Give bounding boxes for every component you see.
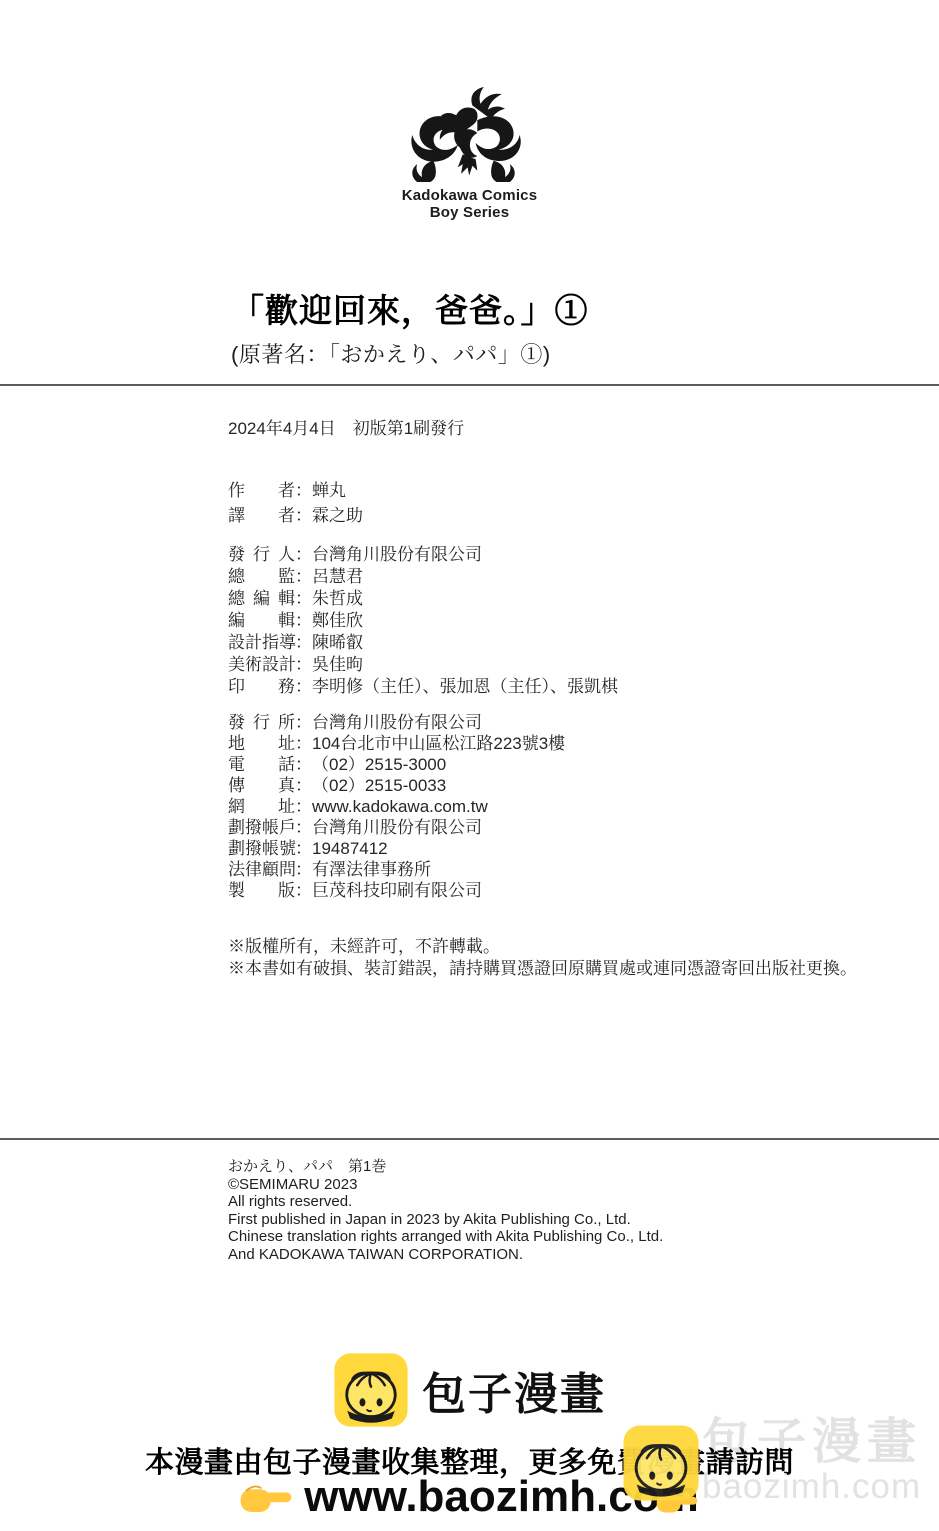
- notice-line: ※版權所有，未經許可，不許轉載。: [228, 936, 857, 958]
- credit-colon: ：: [295, 817, 312, 838]
- credit-value: 霖之助: [312, 503, 363, 528]
- rights-notices: ※版權所有，未經許可，不許轉載。 ※本書如有破損、裝訂錯誤，請持購買憑證回原購買…: [228, 936, 857, 979]
- copyright-line: First published in Japan in 2023 by Akit…: [228, 1211, 663, 1229]
- credit-colon: ：: [295, 775, 312, 796]
- credit-value: （02）2515-0033: [312, 775, 446, 796]
- credits-section: 作者：蝉丸 譯者：霖之助 發行人：台灣角川股份有限公司 總監：呂慧君 總編輯：朱…: [228, 478, 618, 901]
- copyright-line: おかえり、パパ 第1巻: [228, 1158, 663, 1176]
- credit-colon: ：: [295, 610, 312, 632]
- copyright-line: All rights reserved.: [228, 1193, 663, 1211]
- credit-value: 鄭佳欣: [312, 610, 363, 632]
- credit-row: 總監：呂慧君: [228, 566, 618, 588]
- credit-label: 設計指導: [228, 632, 295, 654]
- credit-value: 台灣角川股份有限公司: [312, 817, 482, 838]
- credit-value: 巨茂科技印刷有限公司: [312, 880, 482, 901]
- credit-label: 發行所: [228, 712, 295, 733]
- divider-bottom: [0, 1138, 939, 1140]
- colophon-page: Kadokawa Comics Boy Series 「歡迎回來，爸爸。」① (…: [0, 0, 939, 1531]
- divider-top: [0, 384, 939, 386]
- credit-row: 發行人：台灣角川股份有限公司: [228, 544, 618, 566]
- credit-row: 劃撥帳號：19487412: [228, 838, 618, 859]
- credit-row: 美術設計：吳佳昫: [228, 654, 618, 676]
- credit-value: 吳佳昫: [312, 654, 363, 676]
- copyright-line: And KADOKAWA TAIWAN CORPORATION.: [228, 1246, 663, 1264]
- credit-colon: ：: [295, 654, 312, 676]
- credit-colon: ：: [295, 478, 312, 503]
- credit-label: 總監: [228, 566, 295, 588]
- publisher-mark: Kadokawa Comics Boy Series: [0, 86, 939, 221]
- credit-value: 104台北市中山區松江路223號3樓: [312, 733, 565, 754]
- credit-colon: ：: [295, 754, 312, 775]
- credit-label: 譯者: [228, 503, 295, 528]
- credit-row: 法律顧問：有澤法律事務所: [228, 859, 618, 880]
- credit-row: 製版：巨茂科技印刷有限公司: [228, 880, 618, 901]
- credit-colon: ：: [295, 676, 312, 698]
- original-title: (原著名：「おかえり、パパ」①): [231, 338, 589, 369]
- credit-colon: ：: [295, 632, 312, 654]
- copyright-line: Chinese translation rights arranged with…: [228, 1228, 663, 1246]
- copyright-block: おかえり、パパ 第1巻 ©SEMIMARU 2023 All rights re…: [228, 1158, 663, 1264]
- credit-group-staff: 發行人：台灣角川股份有限公司 總監：呂慧君 總編輯：朱哲成 編輯：鄭佳欣 設計指…: [228, 544, 618, 698]
- credit-row: 作者：蝉丸: [228, 478, 618, 503]
- credit-label: 美術設計: [228, 654, 295, 676]
- credit-colon: ：: [295, 838, 312, 859]
- credit-colon: ：: [295, 588, 312, 610]
- edition-date: 2024年4月4日 初版第1刷發行: [228, 414, 464, 439]
- credit-colon: ：: [295, 733, 312, 754]
- credit-label: 電話: [228, 754, 295, 775]
- credit-label: 作者: [228, 478, 295, 503]
- copyright-line: ©SEMIMARU 2023: [228, 1176, 663, 1194]
- phoenix-logo-icon: [409, 86, 531, 182]
- credit-colon: ：: [295, 880, 312, 901]
- book-title: 「歡迎回來，爸爸。」①: [231, 290, 589, 332]
- credit-colon: ：: [295, 796, 312, 817]
- credit-row: 總編輯：朱哲成: [228, 588, 618, 610]
- credit-group-author: 作者：蝉丸 譯者：霖之助: [228, 478, 618, 528]
- credit-value: 陳晞叡: [312, 632, 363, 654]
- credit-value: 呂慧君: [312, 566, 363, 588]
- credit-colon: ：: [295, 503, 312, 528]
- credit-value: 19487412: [312, 838, 388, 859]
- credit-colon: ：: [295, 566, 312, 588]
- credit-value: 蝉丸: [312, 478, 346, 503]
- credit-label: 地址: [228, 733, 295, 754]
- credit-label: 劃撥帳戶: [228, 817, 295, 838]
- site-url-row: www.baozimh.com: [0, 1472, 939, 1522]
- series-name-line2: Boy Series: [0, 204, 939, 221]
- credit-colon: ：: [295, 712, 312, 733]
- series-name-line1: Kadokawa Comics: [0, 187, 939, 204]
- credit-value: 李明修（主任）、張加恩（主任）、張凱棋: [312, 676, 618, 698]
- credit-value: 有澤法律事務所: [312, 859, 431, 880]
- credit-label: 劃撥帳號: [228, 838, 295, 859]
- credit-row: 劃撥帳戶：台灣角川股份有限公司: [228, 817, 618, 838]
- credit-label: 網址: [228, 796, 295, 817]
- credit-label: 製版: [228, 880, 295, 901]
- credit-row: 發行所：台灣角川股份有限公司: [228, 712, 618, 733]
- credit-value: 台灣角川股份有限公司: [312, 712, 482, 733]
- credit-label: 總編輯: [228, 588, 295, 610]
- credit-row: 印務：李明修（主任）、張加恩（主任）、張凱棋: [228, 676, 618, 698]
- credit-row: 傳真：（02）2515-0033: [228, 775, 618, 796]
- credit-colon: ：: [295, 544, 312, 566]
- credit-label: 傳真: [228, 775, 295, 796]
- brand-name: 包子漫畫: [422, 1358, 606, 1422]
- credit-row: 編輯：鄭佳欣: [228, 610, 618, 632]
- bao-logo-overlay-icon: [622, 1424, 700, 1502]
- credit-label: 法律顧問: [228, 859, 295, 880]
- credit-value: 朱哲成: [312, 588, 363, 610]
- credit-row: 電話：（02）2515-3000: [228, 754, 618, 775]
- credit-group-publisher: 發行所：台灣角川股份有限公司 地址：104台北市中山區松江路223號3樓 電話：…: [228, 712, 618, 901]
- notice-line: ※本書如有破損、裝訂錯誤，請持購買憑證回原購買處或連同憑證寄回出版社更換。: [228, 958, 857, 980]
- credit-row: 網址：www.kadokawa.com.tw: [228, 796, 618, 817]
- credit-label: 印務: [228, 676, 295, 698]
- credit-value: www.kadokawa.com.tw: [312, 796, 488, 817]
- title-block: 「歡迎回來，爸爸。」① (原著名：「おかえり、パパ」①): [231, 290, 589, 369]
- credit-label: 編輯: [228, 610, 295, 632]
- credit-colon: ：: [295, 859, 312, 880]
- credit-row: 地址：104台北市中山區松江路223號3樓: [228, 733, 618, 754]
- pointing-finger-icon: [240, 1480, 292, 1514]
- bao-logo-icon: [333, 1352, 409, 1428]
- credit-value: （02）2515-3000: [312, 754, 446, 775]
- credit-value: 台灣角川股份有限公司: [312, 544, 482, 566]
- credit-label: 發行人: [228, 544, 295, 566]
- credit-row: 設計指導：陳晞叡: [228, 632, 618, 654]
- credit-row: 譯者：霖之助: [228, 503, 618, 528]
